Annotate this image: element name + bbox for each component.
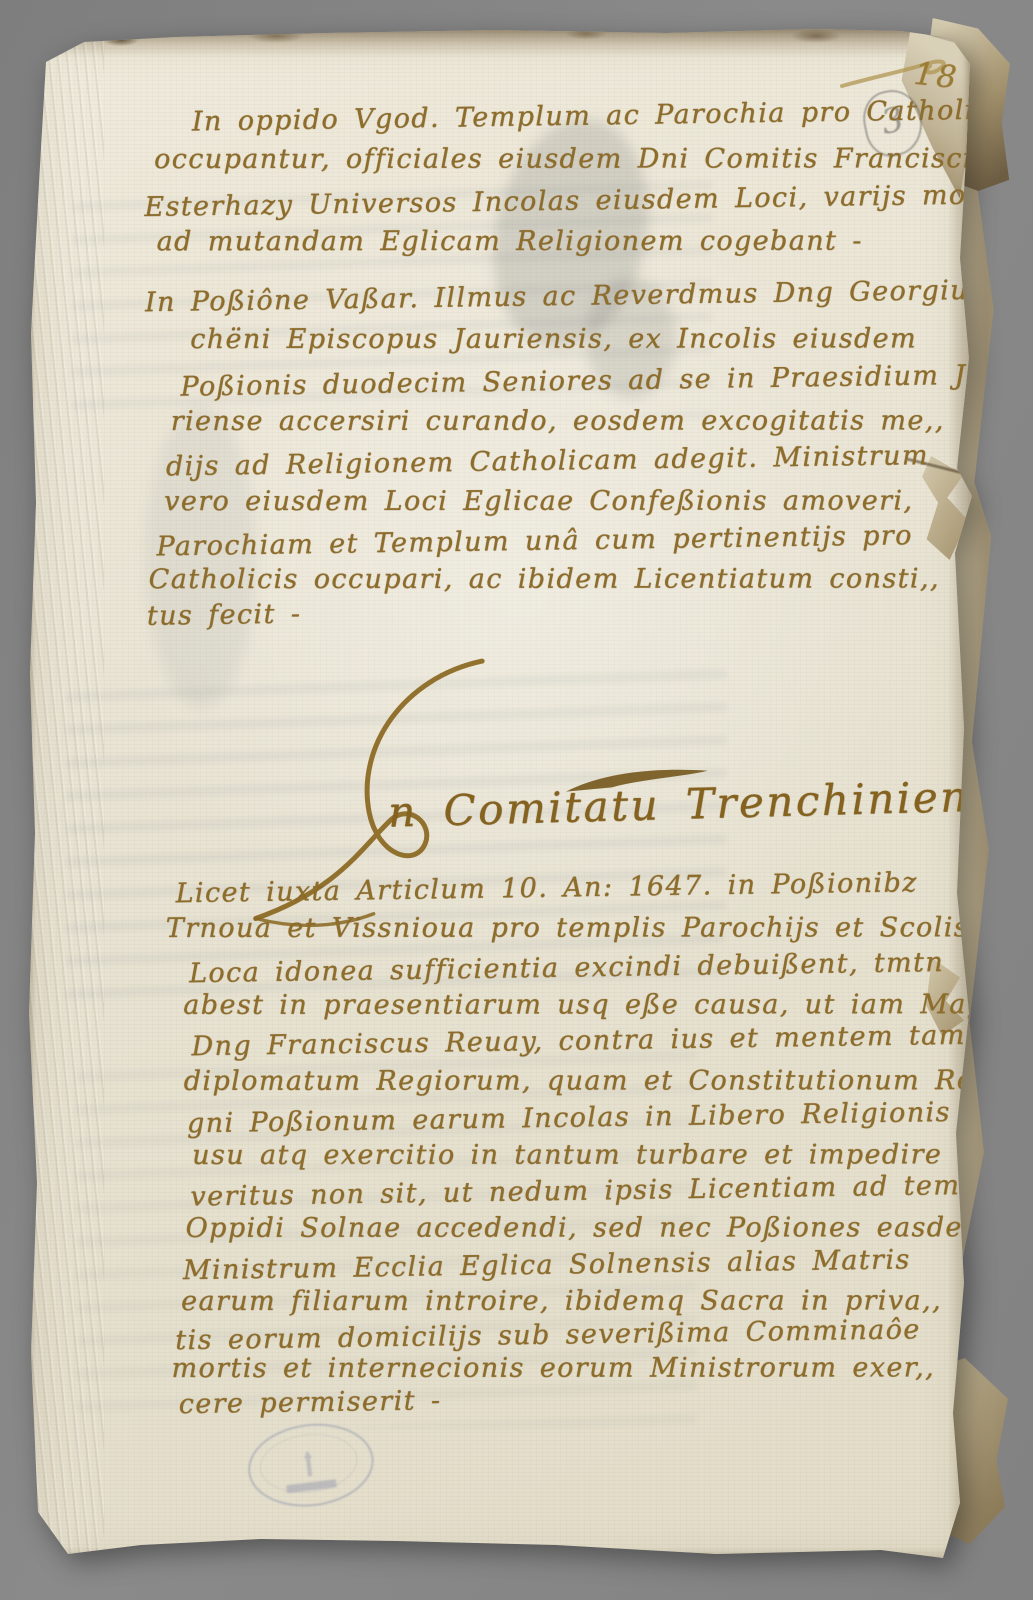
manuscript-line: veritus non sit, ut nedum ipsis Licentia… (190, 1169, 1008, 1212)
manuscript-line: occupantur, officiales eiusdem Dni Comit… (154, 143, 973, 175)
manuscript-line: In oppido Vgod. Templum ac Parochia pro … (192, 94, 1017, 137)
archive-stamp (243, 1417, 380, 1516)
manuscript-line: Poßionis duodecim Seniores ad se in Prae… (180, 359, 1023, 402)
manuscript-line: Dng Franciscus Reuay, contra ius et ment… (191, 1020, 966, 1062)
manuscript-page-wrapper: 18 3 In oppido Vgod. Templum ac Parochia… (26, 28, 974, 1573)
manuscript-line: dijs ad Religionem Catholicam adegit. Mi… (166, 440, 929, 482)
handwritten-text: In oppido Vgod. Templum ac Parochia pro … (21, 25, 978, 1576)
manuscript-line: Parochiam et Templum unâ cum pertinentij… (156, 520, 913, 562)
manuscript-line: tis eorum domicilijs sub severißima Comm… (175, 1314, 921, 1356)
manuscript-line: tus fecit - (147, 599, 302, 632)
manuscript-line: vero eiusdem Loci Eglicae Confeßionis am… (164, 485, 913, 517)
manuscript-line: Oppidi Solnae accedendi, sed nec Poßione… (186, 1212, 990, 1244)
manuscript-line: gni Poßionum earum Incolas in Libero Rel… (187, 1097, 951, 1139)
scan-background: 18 3 In oppido Vgod. Templum ac Parochia… (0, 0, 1033, 1600)
manuscript-line: chëni Episcopus Jauriensis, ex Incolis e… (190, 323, 917, 355)
manuscript-line: usu atq exercitio in tantum turbare et i… (192, 1139, 942, 1171)
manuscript-line: In Poßiône Vaßar. Illmus ac Reverdmus Dn… (145, 273, 1033, 318)
manuscript-line: riense accersiri curando, eosdem excogit… (171, 405, 945, 437)
manuscript-line: mortis et internecionis eorum Ministroru… (171, 1352, 935, 1384)
manuscript-line: abest in praesentiarum usq eße causa, ut… (183, 989, 1004, 1021)
manuscript-line: Ministrum Ecclia Eglica Solnensis alias … (183, 1244, 911, 1286)
manuscript-line: Loca idonea sufficientia excindi debuiße… (189, 947, 944, 989)
manuscript-page: 18 3 In oppido Vgod. Templum ac Parochia… (26, 28, 974, 1573)
manuscript-line: ad mutandam Eglicam Religionem cogebant … (157, 226, 863, 258)
manuscript-line: Trnoua et Vissnioua pro templis Parochij… (166, 912, 969, 944)
manuscript-line: Catholicis occupari, ac ibidem Licentiat… (149, 563, 940, 595)
manuscript-line: diplomatum Regiorum, quam et Constitutio… (184, 1065, 994, 1097)
manuscript-line: cere permiserit - (178, 1385, 441, 1420)
manuscript-line: earum filiarum introire, ibidemq Sacra i… (181, 1285, 942, 1317)
manuscript-line: Esterhazy Universos Incolas eiusdem Loci… (144, 179, 1011, 223)
